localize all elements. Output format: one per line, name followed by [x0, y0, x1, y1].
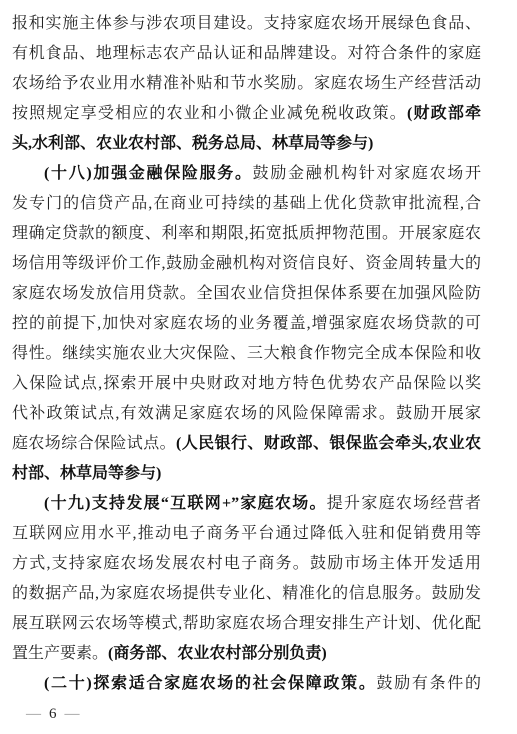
text-line: 家庭农场发放信用贷款。全国农业信贷担保体系要在加强风险防: [12, 279, 481, 309]
department-annotation: (十九)支持发展“互联网+”家庭农场。: [44, 495, 327, 512]
text-line: 置生产要素。(商务部、农业农村部分别负责): [12, 639, 481, 669]
text-line: 报和实施主体参与涉农项目建设。支持家庭农场开展绿色食品、: [12, 9, 481, 39]
text-line: 庭农场综合保险试点。(人民银行、财政部、银保监会牵头,农业农: [12, 429, 481, 459]
department-annotation: 村部、林草局等参与): [12, 465, 161, 482]
text-segment: 入保险试点,探索开展中央财政对地方特色优势农产品保险以奖: [12, 375, 481, 392]
text-segment: 发专门的信贷产品,在商业可持续的基础上优化贷款审批流程,合: [12, 195, 481, 212]
department-annotation: 头,水利部、农业农村部、税务总局、林草局等参与): [12, 135, 373, 152]
text-line: 代补政策试点,有效满足家庭农场的风险保障需求。鼓励开展家: [12, 399, 481, 429]
text-segment: 提升家庭农场经营者: [327, 495, 481, 512]
text-line: 发专门的信贷产品,在商业可持续的基础上优化贷款审批流程,合: [12, 189, 481, 219]
text-line: 村部、林草局等参与): [12, 459, 481, 489]
text-segment: 庭农场综合保险试点。: [12, 435, 176, 452]
text-line: 农场给予农业用水精准补贴和节水奖励。家庭农场生产经营活动: [12, 69, 481, 99]
text-line: 头,水利部、农业农村部、税务总局、林草局等参与): [12, 129, 481, 159]
text-segment: 方式,支持家庭农场发展农村电子商务。鼓励市场主体开发适用: [12, 555, 481, 572]
text-segment: 报和实施主体参与涉农项目建设。支持家庭农场开展绿色食品、: [12, 15, 481, 32]
department-annotation: (二十)探索适合家庭农场的社会保障政策。: [44, 675, 377, 692]
text-segment: 的数据产品,为家庭农场提供专业化、精准化的信息服务。鼓励发: [12, 585, 481, 602]
text-segment: 得性。继续实施农业大灾保险、三大粮食作物完全成本保险和收: [12, 345, 481, 362]
text-line: (十八)加强金融保险服务。鼓励金融机构针对家庭农场开: [12, 159, 481, 189]
text-segment: 控的前提下,加快对家庭农场的业务覆盖,增强家庭农场贷款的可: [12, 315, 481, 332]
text-line: 入保险试点,探索开展中央财政对地方特色优势农产品保险以奖: [12, 369, 481, 399]
text-line: 有机食品、地理标志农产品认证和品牌建设。对符合条件的家庭: [12, 39, 481, 69]
text-segment: 鼓励有条件的: [377, 675, 481, 692]
text-line: 得性。继续实施农业大灾保险、三大粮食作物完全成本保险和收: [12, 339, 481, 369]
text-segment: 代补政策试点,有效满足家庭农场的风险保障需求。鼓励开展家: [12, 405, 481, 422]
text-segment: 展互联网云农场等模式,帮助家庭农场合理安排生产计划、优化配: [12, 615, 481, 632]
department-annotation: (人民银行、财政部、银保监会牵头,农业农: [176, 435, 481, 452]
text-segment: 家庭农场发放信用贷款。全国农业信贷担保体系要在加强风险防: [12, 285, 481, 302]
text-line: 按照规定享受相应的农业和小微企业减免税收政策。(财政部牵: [12, 99, 481, 129]
text-segment: 置生产要素。: [12, 645, 108, 662]
text-segment: 鼓励金融机构针对家庭农场开: [253, 165, 481, 182]
text-segment: 场信用等级评价工作,鼓励金融机构对资信良好、资金周转量大的: [12, 255, 481, 272]
text-segment: 按照规定享受相应的农业和小微企业减免税收政策。: [12, 105, 407, 122]
text-line: 场信用等级评价工作,鼓励金融机构对资信良好、资金周转量大的: [12, 249, 481, 279]
text-line: 互联网应用水平,推动电子商务平台通过降低入驻和促销费用等: [12, 519, 481, 549]
footer-dash-right: —: [65, 706, 80, 722]
document-body: 报和实施主体参与涉农项目建设。支持家庭农场开展绿色食品、有机食品、地理标志农产品…: [12, 9, 481, 699]
text-line: 展互联网云农场等模式,帮助家庭农场合理安排生产计划、优化配: [12, 609, 481, 639]
text-line: (十九)支持发展“互联网+”家庭农场。提升家庭农场经营者: [12, 489, 481, 519]
text-line: (二十)探索适合家庭农场的社会保障政策。鼓励有条件的: [12, 669, 481, 699]
text-line: 理确定贷款的额度、利率和期限,拓宽抵质押物范围。开展家庭农: [12, 219, 481, 249]
page-footer: —6—: [26, 702, 80, 726]
text-segment: 理确定贷款的额度、利率和期限,拓宽抵质押物范围。开展家庭农: [12, 225, 481, 242]
text-segment: 农场给予农业用水精准补贴和节水奖励。家庭农场生产经营活动: [12, 75, 481, 92]
text-segment: 有机食品、地理标志农产品认证和品牌建设。对符合条件的家庭: [12, 45, 481, 62]
text-segment: 互联网应用水平,推动电子商务平台通过降低入驻和促销费用等: [12, 525, 481, 542]
document-page: 报和实施主体参与涉农项目建设。支持家庭农场开展绿色食品、有机食品、地理标志农产品…: [0, 0, 517, 734]
department-annotation: (财政部牵: [407, 105, 481, 122]
department-annotation: (商务部、农业农村部分别负责): [108, 645, 327, 662]
text-line: 的数据产品,为家庭农场提供专业化、精准化的信息服务。鼓励发: [12, 579, 481, 609]
text-line: 控的前提下,加快对家庭农场的业务覆盖,增强家庭农场贷款的可: [12, 309, 481, 339]
page-number: 6: [49, 706, 57, 722]
text-line: 方式,支持家庭农场发展农村电子商务。鼓励市场主体开发适用: [12, 549, 481, 579]
department-annotation: (十八)加强金融保险服务。: [44, 165, 253, 182]
footer-dash-left: —: [26, 706, 41, 722]
